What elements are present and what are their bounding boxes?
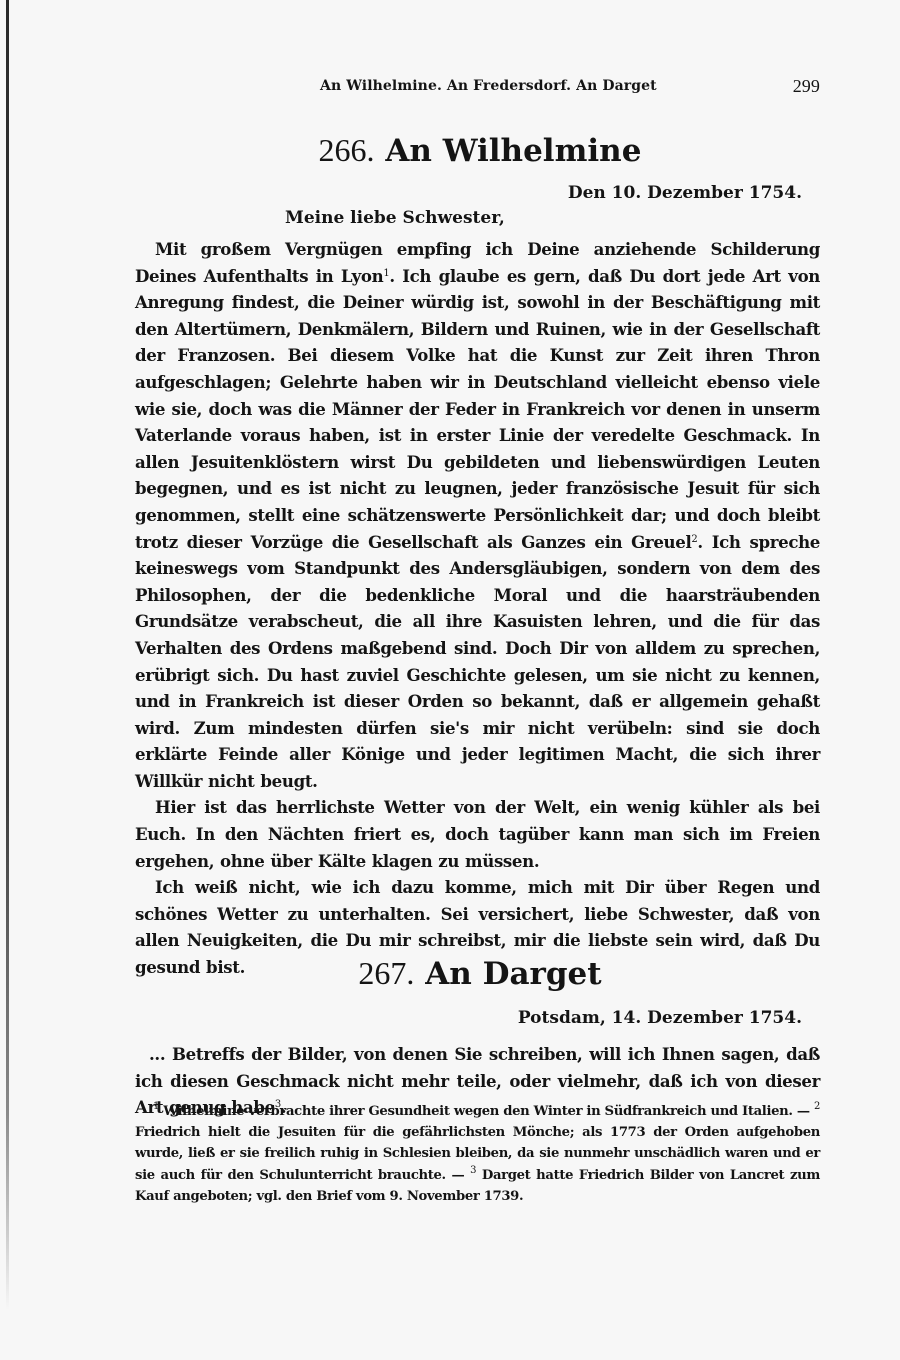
- running-head: An Wilhelmine. An Fredersdorf. An Darget…: [310, 76, 820, 100]
- footnotes: 1 Wilhelmine verbrachte ihrer Gesundheit…: [135, 1101, 820, 1207]
- letter-266-dateline: Den 10. Dezember 1754.: [568, 183, 802, 203]
- running-head-title: An Wilhelmine. An Fredersdorf. An Darget: [320, 78, 657, 94]
- page-number: 299: [793, 76, 820, 97]
- letter-number: 267.: [358, 955, 414, 991]
- footnote-mark-1: 1: [153, 1101, 159, 1112]
- letter-recipient: An Darget: [425, 956, 601, 992]
- paragraph: Hier ist das herrlichste Wetter von der …: [135, 794, 820, 874]
- footnote-1: Wilhelmine verbrachte ihrer Gesundheit w…: [163, 1104, 809, 1119]
- footnote-mark-3: 3: [470, 1165, 476, 1176]
- letter-recipient: An Wilhelmine: [385, 133, 641, 169]
- letter-267-dateline: Potsdam, 14. Dezember 1754.: [518, 1008, 802, 1028]
- footnote-mark-2: 2: [814, 1101, 820, 1112]
- letter-267-title: 267. An Darget: [0, 955, 900, 992]
- letter-number: 266.: [319, 132, 375, 168]
- letter-266-title: 266. An Wilhelmine: [0, 132, 900, 169]
- page-edge-line: [6, 0, 9, 1310]
- paragraph: Mit großem Vergnügen empfing ich Deine a…: [135, 236, 820, 794]
- letter-266-salutation: Meine liebe Schwester,: [285, 208, 505, 228]
- letter-266-body: Mit großem Vergnügen empfing ich Deine a…: [135, 236, 820, 981]
- footnote-block: 1 Wilhelmine verbrachte ihrer Gesundheit…: [135, 1101, 820, 1207]
